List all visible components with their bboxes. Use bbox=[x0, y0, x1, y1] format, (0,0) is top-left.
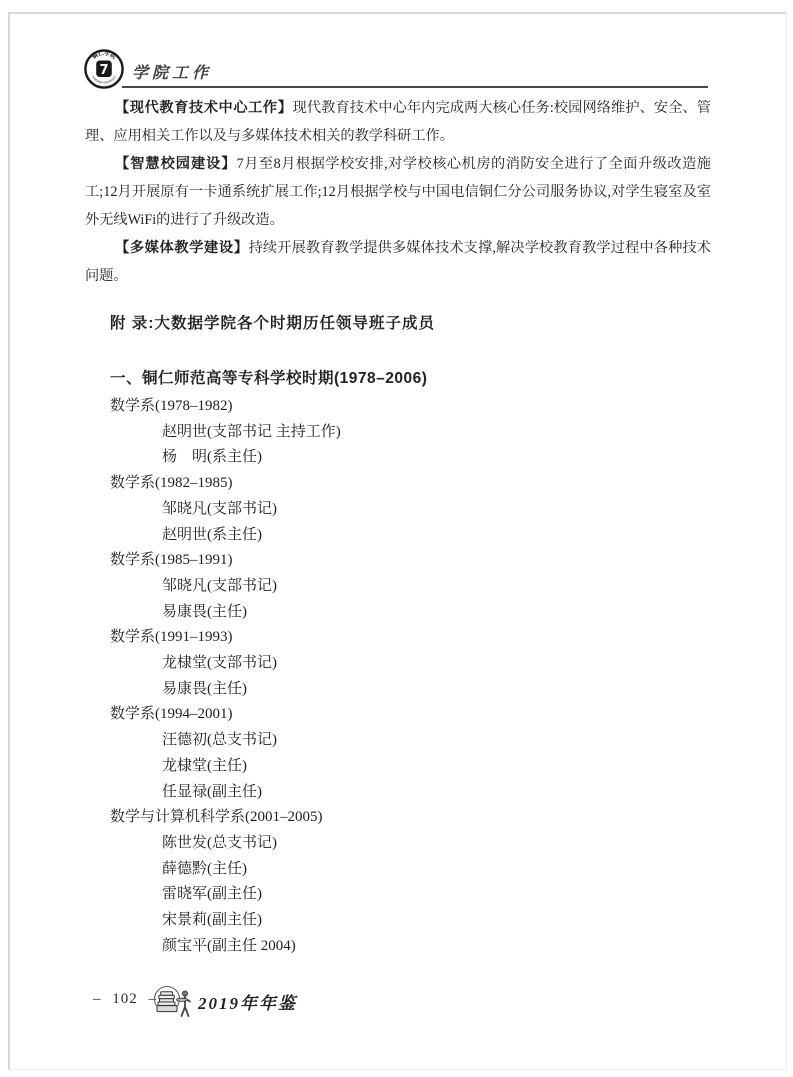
scan-edge-top bbox=[8, 12, 787, 14]
entry-person-line: 杨 明(系主任) bbox=[85, 445, 711, 471]
entry-person-line: 易康畏(主任) bbox=[85, 677, 711, 703]
yearbook-logo-icon bbox=[152, 985, 194, 1019]
entry-person-line: 龙棣堂(主任) bbox=[85, 754, 711, 780]
scan-edge-right bbox=[786, 12, 787, 1070]
entry-dept-line: 数学系(1978–1982) bbox=[85, 394, 711, 420]
yearbook-page: 铜仁学院 TONGREN UNIVERSITY 7 学院工作 【现代教育技术中心… bbox=[0, 0, 793, 1077]
entry-person-line: 赵明世(系主任) bbox=[85, 523, 711, 549]
scan-edge-left bbox=[8, 12, 10, 1070]
entry-person-line: 汪德初(总支书记) bbox=[85, 728, 711, 754]
entry-person-line: 颜宝平(副主任 2004) bbox=[85, 934, 711, 960]
svg-text:7: 7 bbox=[99, 63, 108, 78]
entry-person-line: 薛德黔(主任) bbox=[85, 857, 711, 883]
entry-person-line: 宋景莉(副主任) bbox=[85, 908, 711, 934]
entry-person-line: 龙棣堂(支部书记) bbox=[85, 651, 711, 677]
entry-dept-line: 数学系(1985–1991) bbox=[85, 548, 711, 574]
page-footer: – 102 – 2019年年鉴 bbox=[0, 985, 793, 1025]
entry-person-line: 任显禄(副主任) bbox=[85, 780, 711, 806]
entry-person-line: 邹晓凡(支部书记) bbox=[85, 497, 711, 523]
yearbook-title-label: 2019年年鉴 bbox=[198, 989, 297, 1014]
header-section-label: 学院工作 bbox=[132, 60, 212, 83]
header-rule bbox=[122, 86, 708, 88]
paragraph: 【多媒体教学建设】持续开展教育教学提供多媒体技术支撑,解决学校教育教学过程中各种… bbox=[85, 234, 711, 290]
entry-person-line: 雷晓军(副主任) bbox=[85, 882, 711, 908]
paragraph-tag: 【现代教育技术中心工作】 bbox=[115, 100, 293, 116]
entry-dept-line: 数学系(1994–2001) bbox=[85, 702, 711, 728]
footer-page-number: – 102 – bbox=[93, 991, 157, 1008]
paragraph: 【智慧校园建设】7月至8月根据学校安排,对学校核心机房的消防安全进行了全面升级改… bbox=[85, 150, 711, 234]
appendix-entries: 数学系(1978–1982)赵明世(支部书记 主持工作)杨 明(系主任)数学系(… bbox=[85, 394, 711, 959]
entry-dept-line: 数学与计算机科学系(2001–2005) bbox=[85, 805, 711, 831]
appendix-section-heading: 一、铜仁师范高等专科学校时期(1978–2006) bbox=[110, 366, 427, 388]
paragraph-tag: 【智慧校园建设】 bbox=[115, 156, 237, 172]
scan-edge-bottom bbox=[8, 1069, 787, 1070]
paragraph: 【现代教育技术中心工作】现代教育技术中心年内完成两大核心任务:校园网络维护、安全… bbox=[85, 94, 711, 150]
appendix-title: 附 录:大数据学院各个时期历任领导班子成员 bbox=[110, 311, 435, 333]
entry-person-line: 邹晓凡(支部书记) bbox=[85, 574, 711, 600]
body-paragraphs: 【现代教育技术中心工作】现代教育技术中心年内完成两大核心任务:校园网络维护、安全… bbox=[85, 94, 711, 290]
university-seal-icon: 铜仁学院 TONGREN UNIVERSITY 7 bbox=[84, 49, 124, 89]
entry-dept-line: 数学系(1982–1985) bbox=[85, 471, 711, 497]
paragraph-tag: 【多媒体教学建设】 bbox=[115, 240, 249, 256]
entry-dept-line: 数学系(1991–1993) bbox=[85, 625, 711, 651]
entry-person-line: 易康畏(主任) bbox=[85, 600, 711, 626]
entry-person-line: 赵明世(支部书记 主持工作) bbox=[85, 420, 711, 446]
entry-person-line: 陈世发(总支书记) bbox=[85, 831, 711, 857]
